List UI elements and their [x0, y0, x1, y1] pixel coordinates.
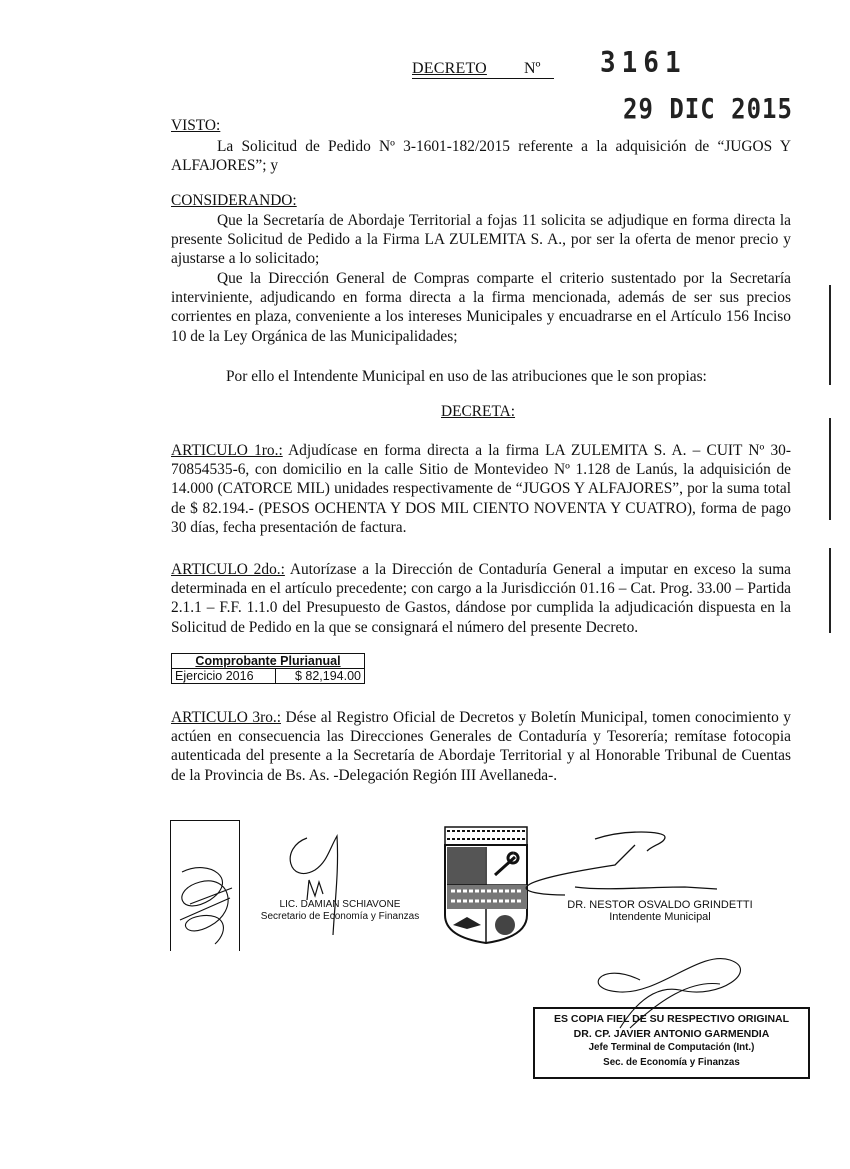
- mayor-role: Intendente Municipal: [560, 911, 760, 923]
- article-label: ARTICULO 2do.:: [171, 561, 285, 578]
- scan-margin-line: [829, 285, 831, 385]
- article-label: ARTICULO 1ro.:: [171, 442, 283, 459]
- decree-number-stamp: 3161: [600, 47, 687, 80]
- article-2: ARTICULO 2do.: Autorízase a la Dirección…: [171, 560, 791, 637]
- certified-copy-line2: DR. CP. JAVIER ANTONIO GARMENDIA: [535, 1027, 808, 1042]
- por-ello-text: Por ello el Intendente Municipal en uso …: [226, 368, 707, 386]
- article-1: ARTICULO 1ro.: Adjudícase en forma direc…: [171, 441, 791, 537]
- comprobante-table: Comprobante Plurianual Ejercicio 2016 $ …: [171, 653, 365, 684]
- comprobante-heading: Comprobante Plurianual: [172, 654, 365, 669]
- certified-copy-stamp: ES COPIA FIEL DE SU RESPECTIVO ORIGINAL …: [533, 1007, 810, 1079]
- considerando-heading: CONSIDERANDO:: [171, 192, 297, 210]
- initials-signature-icon: [170, 860, 250, 950]
- secretary-signature-icon: [285, 830, 355, 940]
- header-underline: [412, 78, 554, 79]
- mayor-name: DR. NESTOR OSVALDO GRINDETTI: [560, 899, 760, 911]
- decree-date-stamp: 29 DIC 2015: [623, 93, 793, 125]
- comprobante-ejercicio: Ejercicio 2016: [172, 669, 276, 684]
- decreta-heading: DECRETA:: [441, 403, 515, 421]
- decree-title: DECRETO: [412, 60, 487, 78]
- comprobante-monto: $ 82,194.00: [276, 669, 365, 684]
- article-label: ARTICULO 3ro.:: [171, 709, 281, 726]
- scan-margin-line: [829, 548, 831, 633]
- scan-margin-line: [829, 418, 831, 520]
- considerando-paragraph: Que la Dirección General de Compras comp…: [171, 269, 791, 346]
- visto-heading: VISTO:: [171, 117, 220, 135]
- visto-text: La Solicitud de Pedido Nº 3-1601-182/201…: [171, 137, 791, 175]
- considerando-paragraph: Que la Secretaría de Abordaje Territoria…: [171, 211, 791, 269]
- secretary-signature-block: LIC. DAMIAN SCHIAVONE Secretario de Econ…: [255, 899, 425, 923]
- mayor-signature-block: DR. NESTOR OSVALDO GRINDETTI Intendente …: [560, 899, 760, 923]
- decree-number-label: Nº: [524, 60, 541, 78]
- mayor-signature-icon: [525, 825, 755, 905]
- municipal-seal-icon: [443, 825, 529, 945]
- secretary-name: LIC. DAMIAN SCHIAVONE: [255, 899, 425, 911]
- secretary-role: Secretario de Economía y Finanzas: [255, 911, 425, 923]
- article-3: ARTICULO 3ro.: Dése al Registro Oficial …: [171, 708, 791, 785]
- certified-copy-line1: ES COPIA FIEL DE SU RESPECTIVO ORIGINAL: [535, 1012, 808, 1027]
- certified-copy-line3: Jefe Terminal de Computación (Int.): [535, 1041, 808, 1056]
- certified-copy-line4: Sec. de Economía y Finanzas: [535, 1056, 808, 1071]
